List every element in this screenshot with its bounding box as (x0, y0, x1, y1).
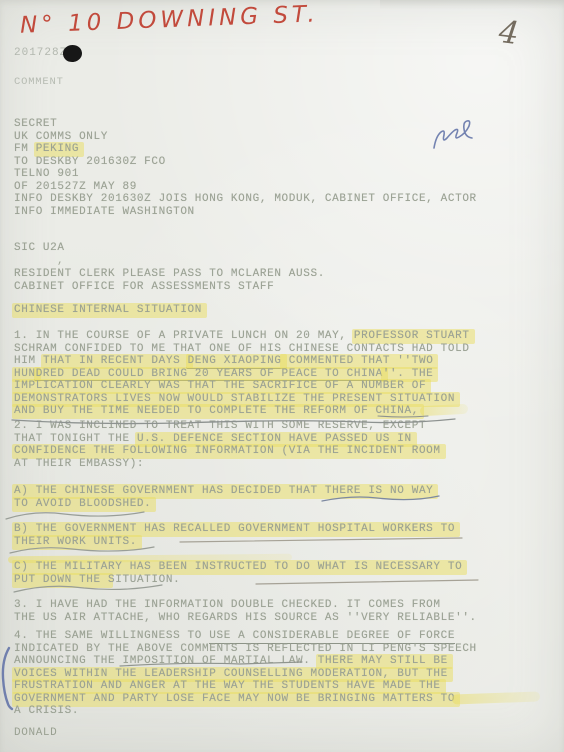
caveat-line: UK COMMS ONLY (14, 131, 477, 144)
dtg-line: OF 201527Z MAY 89 (14, 181, 477, 194)
punch-hole-dot (62, 44, 83, 63)
sic-line: SIC U2A (14, 242, 65, 255)
underlined-run: USE A CONSIDERABLE DEGREE OF FORCE (209, 630, 455, 644)
text-run: INFO IMMEDIATE WASHINGTON (14, 206, 195, 218)
text-run: THE US AIR ATTACHE, WHO REGARDS HIS SOUR… (14, 612, 477, 624)
to-line: TO DESKBY 201630Z FCO (14, 156, 477, 169)
stray-comma: , (57, 255, 64, 267)
text-run: SECRET (14, 118, 57, 130)
telno-line: TELNO 901 (14, 168, 477, 181)
comment-label: COMMENT (14, 76, 64, 88)
info-line: INFO DESKBY 201630Z JOIS HONG KONG, MODU… (14, 193, 477, 206)
text-run: INDICATED BY THE ABOVE COMMENTS IS REFLE… (14, 643, 477, 655)
handwritten-address: N° 10 DOWNING ST. (20, 1, 319, 38)
text-run: CABINET OFFICE FOR ASSESSMENTS STAFF (14, 281, 274, 293)
text-run: RESIDENT CLERK PLEASE PASS TO MCLAREN AU… (14, 268, 325, 280)
text-run: INFO DESKBY 201630Z JOIS HONG KONG, MODU… (14, 193, 477, 205)
text-run: UK COMMS ONLY (14, 131, 108, 143)
scan-smudge (380, 0, 564, 10)
text-run: 3. I HAVE HAD THE INFORMATION DOUBLE CHE… (14, 599, 441, 611)
text-run: OF 201527Z MAY 89 (14, 181, 137, 193)
text-run: TELNO 901 (14, 168, 79, 180)
subject-line: CHINESE INTERNAL SITUATION (14, 304, 202, 317)
paragraph-4: 4. THE SAME WILLINGNESS TO USE A CONSIDE… (14, 630, 477, 718)
text-run: SCHRAM CONFIDED TO ME THAT ONE OF HIS CH… (14, 343, 470, 355)
highlight-run: TO AVOID BLOODSHED. (12, 497, 156, 512)
paragraph-2: 2. I WAS INCLINED TO TREAT THIS WITH SOM… (14, 420, 441, 470)
text-run: AT THEIR EMBASSY): (14, 458, 144, 470)
text-run: THAT TONIGHT THE (14, 433, 137, 445)
highlighter-stroke (452, 691, 540, 704)
classification-line: SECRET (14, 118, 477, 131)
text-run: 1. IN THE COURSE OF A PRIVATE LUNCH ON 2… (14, 330, 354, 342)
text-run: A CRISIS. (14, 705, 79, 717)
text-run: SIC U2A (14, 242, 65, 254)
text-run: FM (14, 143, 36, 155)
highlight-run: THEIR WORK UNITS. (12, 535, 142, 550)
highlight-run: AND BUY THE TIME NEEDED TO COMPLETE THE … (12, 404, 424, 419)
text-run: HIM (14, 355, 43, 367)
highlight-run: CHINESE INTERNAL SITUATION (12, 303, 207, 318)
paragraph-1: 1. IN THE COURSE OF A PRIVATE LUNCH ON 2… (14, 330, 470, 418)
text-run: ANNOUNCING THE IMPOSITION OF MARTIAL LAW… (14, 655, 318, 667)
text-run: 4. THE SAME WILLINGNESS TO (14, 630, 209, 642)
item-a: A) THE CHINESE GOVERNMENT HAS DECIDED TH… (14, 485, 433, 510)
info-line: INFO IMMEDIATE WASHINGTON (14, 206, 477, 219)
pass-instructions: RESIDENT CLERK PLEASE PASS TO MCLAREN AU… (14, 268, 325, 293)
document-page: N° 10 DOWNING ST. 4 201728Z COMMENT SECR… (0, 0, 564, 752)
highlight-run: PUT DOWN THE (12, 573, 113, 588)
item-c: C) THE MILITARY HAS BEEN INSTRUCTED TO D… (14, 561, 462, 586)
telegram-header: SECRET UK COMMS ONLY FM PEKING TO DESKBY… (14, 118, 477, 218)
time-stamp: 201728Z (14, 47, 67, 59)
pen-margin-bracket (3, 648, 12, 709)
from-line: FM PEKING (14, 143, 477, 156)
text-run: SITUATION. (108, 574, 180, 586)
handwritten-page-number: 4 (497, 14, 521, 52)
text-run: 2. I WAS INCLINED TO TREAT THIS WITH SOM… (14, 420, 426, 432)
highlight-run: GOVERNMENT AND PARTY LOSE FACE MAY NOW B… (12, 692, 460, 707)
item-b: B) THE GOVERNMENT HAS RECALLED GOVERNMEN… (14, 523, 455, 548)
pencil-underline-avoid-bloodshed (6, 512, 144, 519)
paragraph-3: 3. I HAVE HAD THE INFORMATION DOUBLE CHE… (14, 599, 477, 624)
text-run: TO DESKBY 201630Z FCO (14, 156, 166, 168)
signature: DONALD (14, 727, 57, 739)
